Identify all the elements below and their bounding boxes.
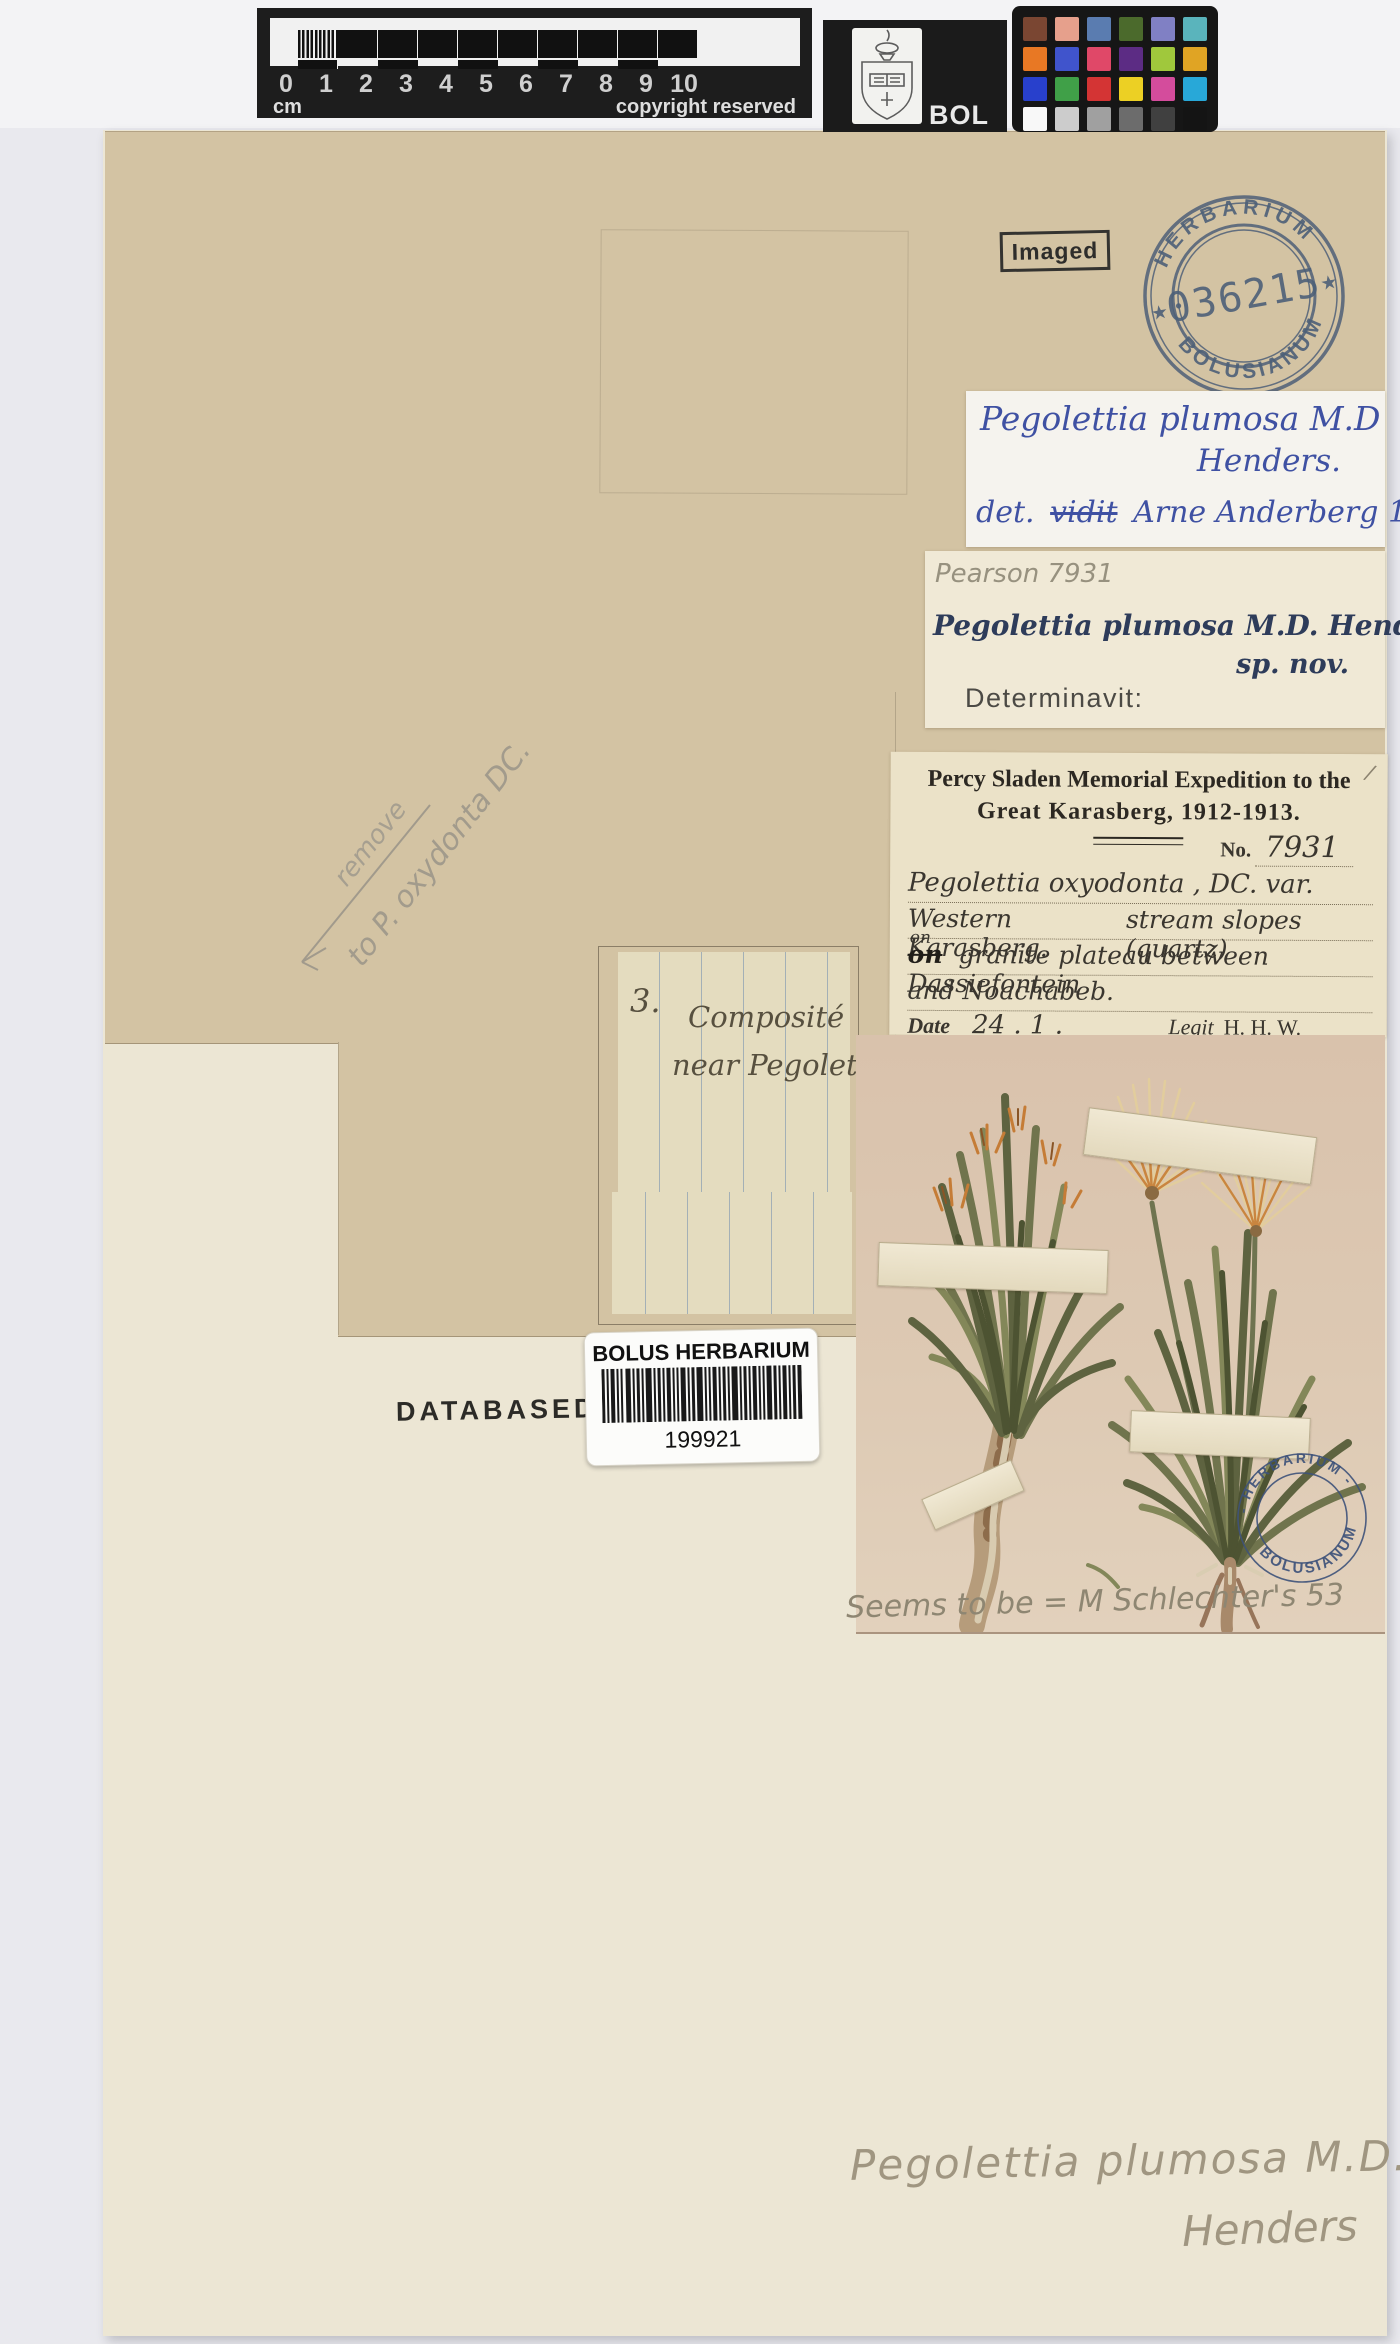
color-patch xyxy=(1023,107,1047,131)
determinavit-slip: Pearson 7931 Pegolettia plumosa M.D. Hen… xyxy=(925,551,1385,728)
half-cm-block xyxy=(298,60,338,69)
color-patch xyxy=(1055,47,1079,71)
ruler-number: 7 xyxy=(551,70,581,99)
ruler-number: 3 xyxy=(391,70,421,99)
databased-stamp: DATABASED xyxy=(396,1393,598,1428)
scale-bar: 0 1 2 3 4 5 6 7 8 9 10 cm copyright rese… xyxy=(257,8,812,118)
det-slip-det-line: det. vidit Arne Anderberg 1985 xyxy=(976,495,1400,530)
imaged-stamp: Imaged xyxy=(1000,230,1111,272)
determinavit-taxon: Pegolettia plumosa M.D. Henderson xyxy=(933,609,1400,642)
color-patch xyxy=(1183,17,1207,41)
pencil-species-name: Pegolettia plumosa M.D. xyxy=(850,2131,1400,2190)
millimeter-hatching xyxy=(298,30,338,58)
ruler-number: 0 xyxy=(271,70,301,99)
ruler-unit-label: cm xyxy=(273,96,302,119)
determinavit-printed-label: Determinavit: xyxy=(965,683,1144,714)
color-patch xyxy=(1087,77,1111,101)
expedition-locality: Western Karasberg. xyxy=(908,904,1126,939)
color-patch xyxy=(1151,47,1175,71)
centimeter-blocks xyxy=(338,30,698,58)
half-cm-block xyxy=(378,60,418,69)
paper-edge-line xyxy=(338,1042,339,1335)
color-patch xyxy=(1055,107,1079,131)
expedition-title-line1: Percy Sladen Memorial Expedition to the xyxy=(891,766,1388,796)
mounting-tape xyxy=(877,1242,1108,1294)
expedition-line3: on on granite plateau between Dassiefont… xyxy=(908,940,1373,977)
color-patch xyxy=(1055,77,1079,101)
half-cm-block xyxy=(538,60,578,69)
barcode-label: BOLUS HERBARIUM 199921 xyxy=(584,1328,821,1467)
crest-icon xyxy=(852,28,922,124)
expedition-habitat: stream slopes (quartz) xyxy=(1126,905,1373,940)
inserted-word: on xyxy=(910,928,931,948)
barcode-title: BOLUS HERBARIUM xyxy=(585,1337,817,1368)
color-patch xyxy=(1023,77,1047,101)
ruler-number: 1 xyxy=(311,70,341,99)
ruler-number: 9 xyxy=(631,70,661,99)
accession-stamp-top-text: HERBARIUM xyxy=(1141,190,1322,274)
bolusianum-stamp: - HERBARIUM - BOLUSIANUM xyxy=(1232,1448,1372,1588)
expedition-line2: Western Karasberg. stream slopes (quartz… xyxy=(908,904,1373,941)
ruler-number: 10 xyxy=(669,70,699,99)
expedition-number-row: No. 7931 xyxy=(1220,829,1353,864)
color-patch xyxy=(1119,17,1143,41)
barcode-number: 199921 xyxy=(587,1424,820,1456)
ruler-number: 4 xyxy=(431,70,461,99)
expedition-label: Percy Sladen Memorial Expedition to the … xyxy=(889,752,1387,1038)
institution-block: BOL xyxy=(823,20,1007,132)
det-struck-word: vidit xyxy=(1050,495,1117,530)
number-value: 7931 xyxy=(1255,830,1353,868)
color-patch xyxy=(1119,77,1143,101)
ruler-number: 6 xyxy=(511,70,541,99)
half-cm-block xyxy=(618,60,658,69)
det-determiner: Arne Anderberg 1985 xyxy=(1133,495,1400,530)
det-prefix: det. xyxy=(976,495,1035,530)
institution-code: BOL xyxy=(929,100,989,131)
determinavit-rank: sp. nov. xyxy=(1236,649,1349,680)
pencil-species-author: Henders xyxy=(1181,2201,1358,2256)
plant-specimen-left xyxy=(912,1097,1120,1625)
bolusianum-stamp-top-text: - HERBARIUM - xyxy=(1232,1448,1359,1518)
color-patch xyxy=(1087,47,1111,71)
number-label: No. xyxy=(1220,837,1251,861)
barcode xyxy=(601,1365,802,1423)
det-slip-author: Henders. xyxy=(1197,443,1341,479)
color-patch xyxy=(1151,77,1175,101)
copyright-label: copyright reserved xyxy=(616,96,796,119)
erased-label-outline xyxy=(599,229,908,495)
ruler-number: 2 xyxy=(351,70,381,99)
color-patch xyxy=(1023,47,1047,71)
fragment-line1: Composité xyxy=(688,1000,844,1034)
accession-number: 036215 xyxy=(1163,260,1325,332)
fragment-paper-lower xyxy=(612,1192,852,1314)
color-checker-card xyxy=(1012,6,1218,132)
det-slip-taxon: Pegolettia plumosa M.D xyxy=(980,399,1381,438)
ruler-number: 5 xyxy=(471,70,501,99)
color-patch xyxy=(1183,107,1207,131)
color-patch xyxy=(1055,17,1079,41)
color-patch xyxy=(1183,77,1207,101)
imaged-stamp-text: Imaged xyxy=(1011,237,1098,266)
color-patch xyxy=(1151,107,1175,131)
svg-text:- HERBARIUM -: - HERBARIUM - xyxy=(1232,1448,1359,1518)
color-patch xyxy=(1023,17,1047,41)
color-patch xyxy=(1119,47,1143,71)
title-divider-rule xyxy=(1093,837,1183,845)
accession-stamp: HERBARIUM BOLUSIANUM ★ ★ 036215 xyxy=(1138,190,1350,402)
determination-slip: Pegolettia plumosa M.D Henders. det. vid… xyxy=(966,391,1385,547)
expedition-title-line2: Great Karasberg, 1912-1913. xyxy=(890,798,1387,828)
half-cm-block xyxy=(458,60,498,69)
color-patch xyxy=(1183,47,1207,71)
pencil-collector-number: Pearson 7931 xyxy=(935,559,1114,589)
svg-text:HERBARIUM: HERBARIUM xyxy=(1141,190,1322,274)
university-crest xyxy=(852,28,922,124)
color-patch xyxy=(1119,107,1143,131)
expedition-line4: and Noachabeb. xyxy=(907,976,1372,1013)
color-patch xyxy=(1087,107,1111,131)
fragment-number: 3. xyxy=(630,982,661,1020)
ruler-number: 8 xyxy=(591,70,621,99)
herbarium-specimen-photo: 0 1 2 3 4 5 6 7 8 9 10 cm copyright rese… xyxy=(0,0,1400,2344)
expedition-line1: Pegolettia oxyodonta , DC. var. xyxy=(908,868,1373,905)
color-patch xyxy=(1087,17,1111,41)
color-patch xyxy=(1151,17,1175,41)
scale-bar-scale xyxy=(270,18,800,66)
